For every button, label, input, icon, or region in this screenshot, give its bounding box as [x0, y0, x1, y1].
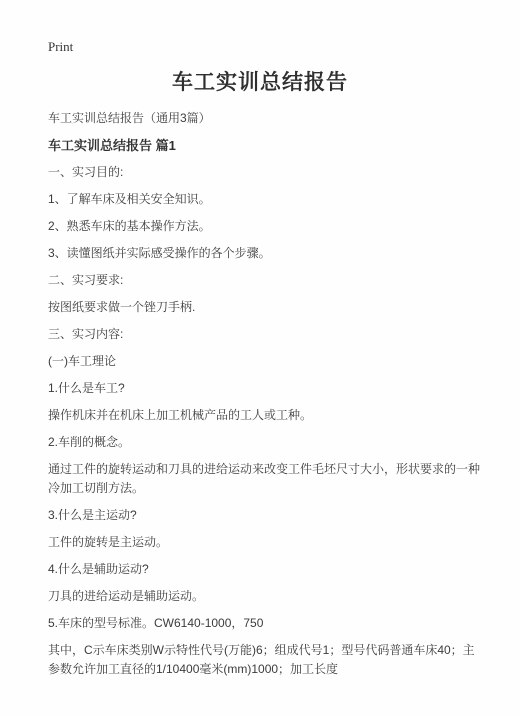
- paragraph: 2、熟悉车床的基本操作方法。: [48, 217, 482, 236]
- paragraph: 3.什么是主运动?: [48, 506, 482, 525]
- print-link[interactable]: Print: [48, 39, 73, 54]
- paragraph: 操作机床并在机床上加工机械产品的工人或工种。: [48, 406, 482, 425]
- paragraph: 4.什么是辅助运动?: [48, 560, 482, 579]
- paragraph: 其中，C示车床类别W示特性代号(万能)6；组成代号1；型号代码普通车床40；主参…: [48, 641, 482, 679]
- section-heading: 车工实训总结报告 篇1: [48, 136, 482, 155]
- paragraph: 3、读懂图纸并实际感受操作的各个步骤。: [48, 244, 482, 263]
- document-content: 车工实训总结报告（通用3篇） 车工实训总结报告 篇1 一、实习目的: 1、了解车…: [48, 109, 482, 679]
- paragraph: 刀具的进给运动是辅助运动。: [48, 587, 482, 606]
- paragraph: 1、了解车床及相关安全知识。: [48, 190, 482, 209]
- document-subtitle: 车工实训总结报告（通用3篇）: [48, 109, 482, 128]
- page-title: 车工实训总结报告: [48, 71, 472, 95]
- document-page: Print 车工实训总结报告 车工实训总结报告（通用3篇） 车工实训总结报告 篇…: [0, 0, 520, 718]
- paragraph: 工件的旋转是主运动。: [48, 533, 482, 552]
- paragraph: 按图纸要求做一个锉刀手柄.: [48, 298, 482, 317]
- paragraph: 通过工件的旋转运动和刀具的进给运动来改变工件毛坯尺寸大小，形状要求的一种冷加工切…: [48, 460, 482, 498]
- paragraph: 三、实习内容:: [48, 325, 482, 344]
- paragraph: 二、实习要求:: [48, 271, 482, 290]
- paragraph: 2.车削的概念。: [48, 433, 482, 452]
- paragraph: 5.车床的型号标准。CW6140-1000，750: [48, 614, 482, 633]
- paragraph: 1.什么是车工?: [48, 379, 482, 398]
- paragraph: 一、实习目的:: [48, 163, 482, 182]
- paragraph: (一)车工理论: [48, 352, 482, 371]
